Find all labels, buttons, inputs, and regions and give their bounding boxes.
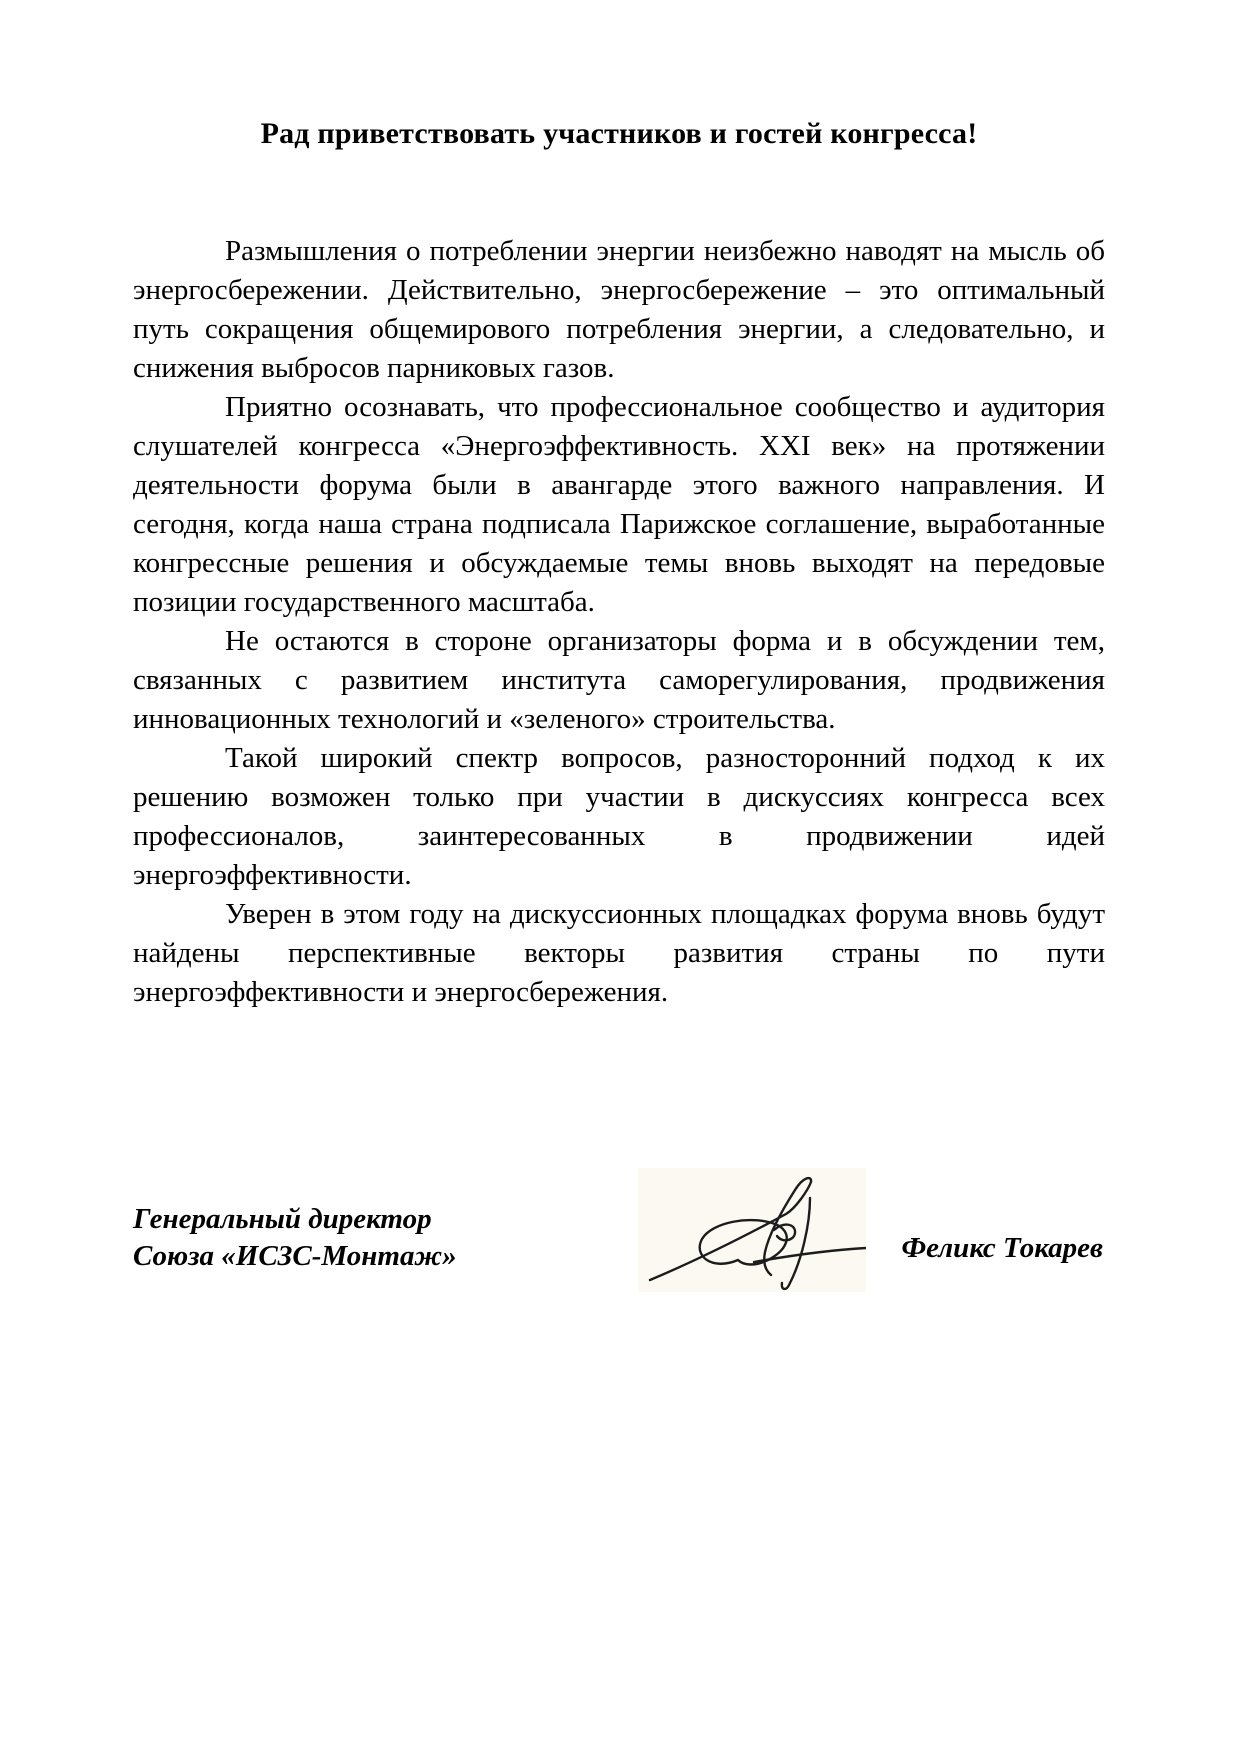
signatory-role: Генеральный директор Союза «ИСЗС-Монтаж» xyxy=(133,1201,457,1275)
paragraph-3: Не остаются в стороне организаторы форма… xyxy=(133,622,1105,739)
signature-block: Генеральный директор Союза «ИСЗС-Монтаж»… xyxy=(133,1168,1105,1328)
paragraph-2: Приятно осознавать, что профессиональное… xyxy=(133,388,1105,622)
letter-body: Размышления о потреблении энергии неизбе… xyxy=(133,232,1105,1012)
paragraph-1: Размышления о потреблении энергии неизбе… xyxy=(133,232,1105,388)
handwritten-signature-icon xyxy=(638,1168,866,1292)
paragraph-5: Уверен в этом году на дискуссионных площ… xyxy=(133,895,1105,1012)
letter-title: Рад приветствовать участников и гостей к… xyxy=(133,114,1105,153)
signatory-name: Феликс Токарев xyxy=(902,1230,1104,1267)
paragraph-4: Такой широкий спектр вопросов, разностор… xyxy=(133,739,1105,895)
letter-page: Рад приветствовать участников и гостей к… xyxy=(0,0,1240,1754)
signatory-role-line1: Генеральный директор xyxy=(133,1201,457,1238)
signatory-role-line2: Союза «ИСЗС-Монтаж» xyxy=(133,1238,457,1275)
